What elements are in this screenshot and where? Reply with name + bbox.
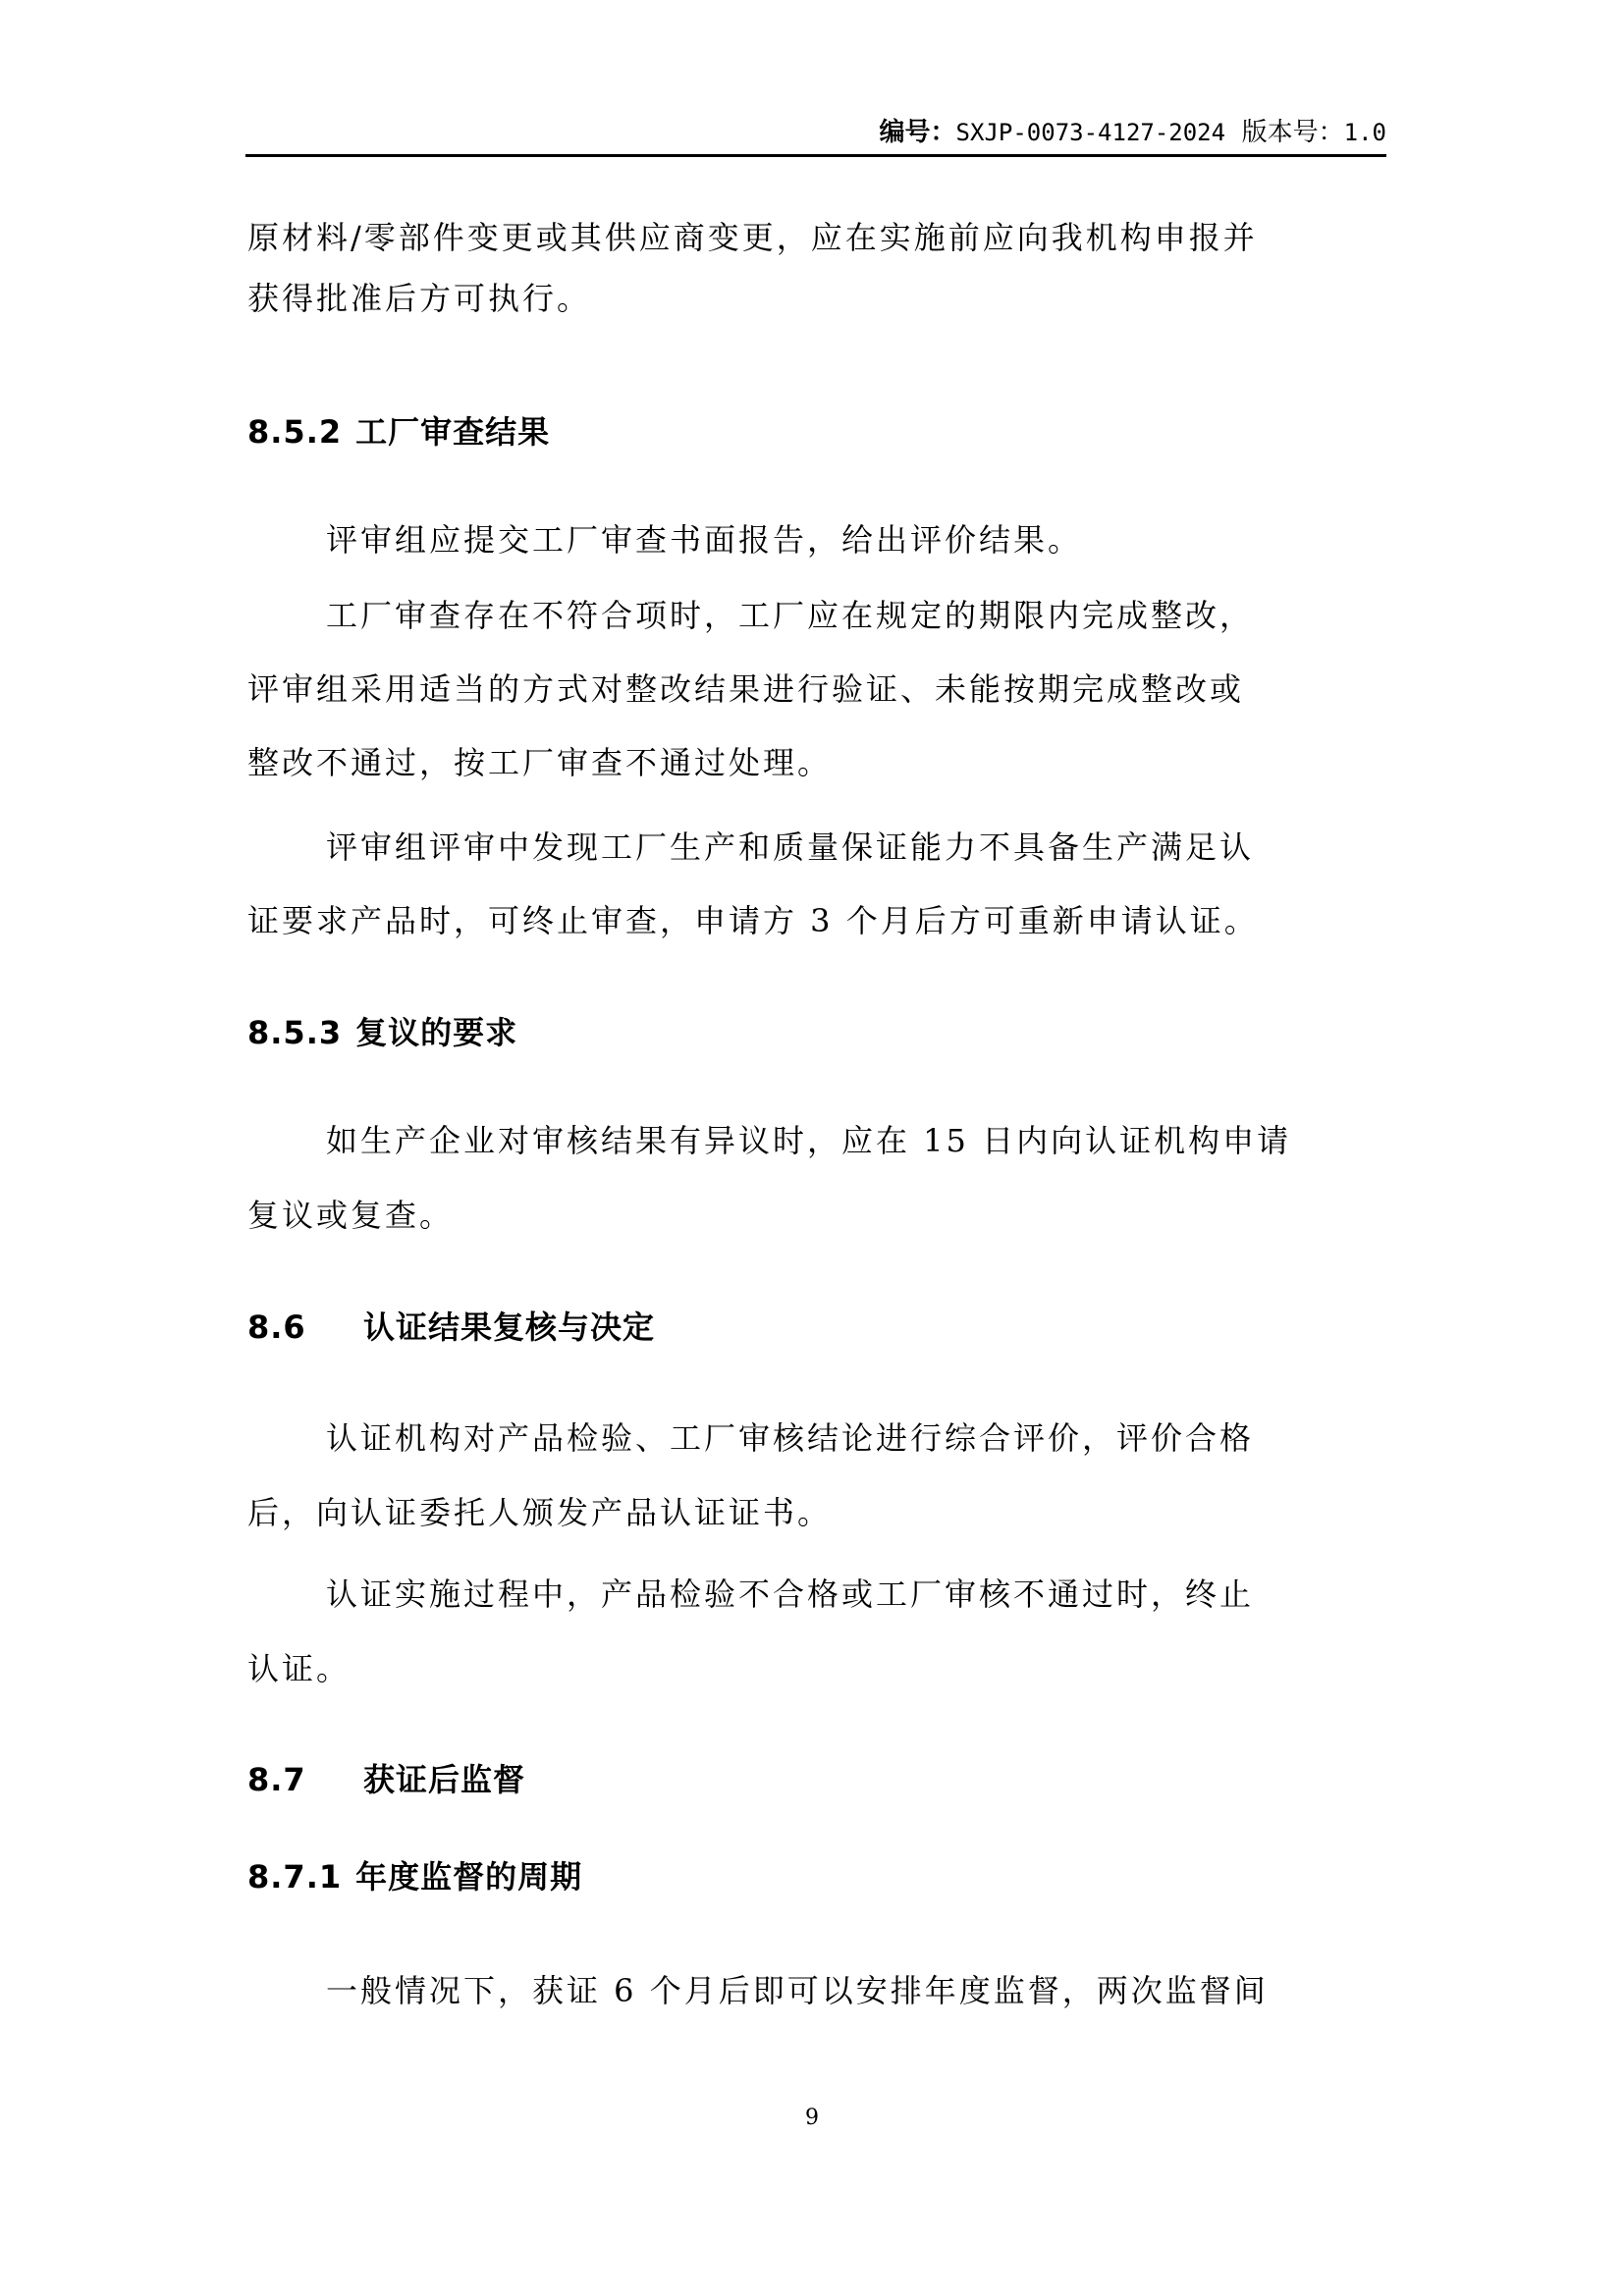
section-heading-8-5-2: 8.5.2工厂审查结果 xyxy=(247,412,550,452)
section-title: 获证后监督 xyxy=(363,1761,525,1798)
paragraph-line: 评审组采用适当的方式对整改结果进行验证、未能按期完成整改或 xyxy=(247,669,1244,709)
paragraph-line: 后，向认证委托人颁发产品认证证书。 xyxy=(247,1493,832,1532)
code-label: 编号： xyxy=(880,118,956,147)
paragraph-line: 认证。 xyxy=(247,1649,351,1688)
paragraph-line: 复议或复查。 xyxy=(247,1196,454,1235)
paragraph-line: 工厂审查存在不符合项时，工厂应在规定的期限内完成整改， xyxy=(326,596,1254,635)
paragraph-line: 证要求产品时，可终止审查，申请方 3 个月后方可重新申请认证。 xyxy=(247,901,1259,940)
section-title: 工厂审查结果 xyxy=(355,413,550,451)
paragraph-line: 原材料/零部件变更或其供应商变更，应在实施前应向我机构申报并 xyxy=(247,218,1258,257)
section-number: 8.6 xyxy=(247,1308,363,1347)
paragraph-line: 认证实施过程中，产品检验不合格或工厂审核不通过时，终止 xyxy=(326,1575,1254,1614)
section-number: 8.5.2 xyxy=(247,412,342,452)
document-code: SXJP-0073-4127-2024 xyxy=(956,119,1226,146)
document-header: 编号：SXJP-0073-4127-2024 版本号：1.0 xyxy=(245,116,1386,157)
section-number: 8.5.3 xyxy=(247,1013,342,1052)
paragraph-line: 如生产企业对审核结果有异议时，应在 15 日内向认证机构申请 xyxy=(326,1121,1291,1160)
section-heading-8-5-3: 8.5.3复议的要求 xyxy=(247,1013,517,1052)
section-number: 8.7 xyxy=(247,1760,363,1799)
section-heading-8-7-1: 8.7.1年度监督的周期 xyxy=(247,1857,582,1896)
paragraph-line: 评审组评审中发现工厂生产和质量保证能力不具备生产满足认 xyxy=(326,828,1254,867)
section-heading-8-7: 8.7获证后监督 xyxy=(247,1760,525,1799)
header-rule xyxy=(245,154,1386,157)
version-number: 1.0 xyxy=(1344,119,1386,146)
section-title: 认证结果复核与决定 xyxy=(363,1308,655,1346)
paragraph-line: 一般情况下，获证 6 个月后即可以安排年度监督，两次监督间 xyxy=(326,1971,1269,2010)
section-heading-8-6: 8.6认证结果复核与决定 xyxy=(247,1308,655,1347)
section-title: 复议的要求 xyxy=(355,1014,517,1051)
paragraph-line: 评审组应提交工厂审查书面报告，给出评价结果。 xyxy=(326,520,1082,560)
page-number: 9 xyxy=(0,2106,1624,2130)
section-title: 年度监督的周期 xyxy=(355,1858,582,1896)
paragraph-line: 整改不通过，按工厂审查不通过处理。 xyxy=(247,743,832,782)
version-label: 版本号： xyxy=(1242,118,1344,147)
paragraph-line: 认证机构对产品检验、工厂审核结论进行综合评价，评价合格 xyxy=(326,1418,1254,1458)
paragraph-line: 获得批准后方可执行。 xyxy=(247,279,591,318)
section-number: 8.7.1 xyxy=(247,1857,342,1896)
